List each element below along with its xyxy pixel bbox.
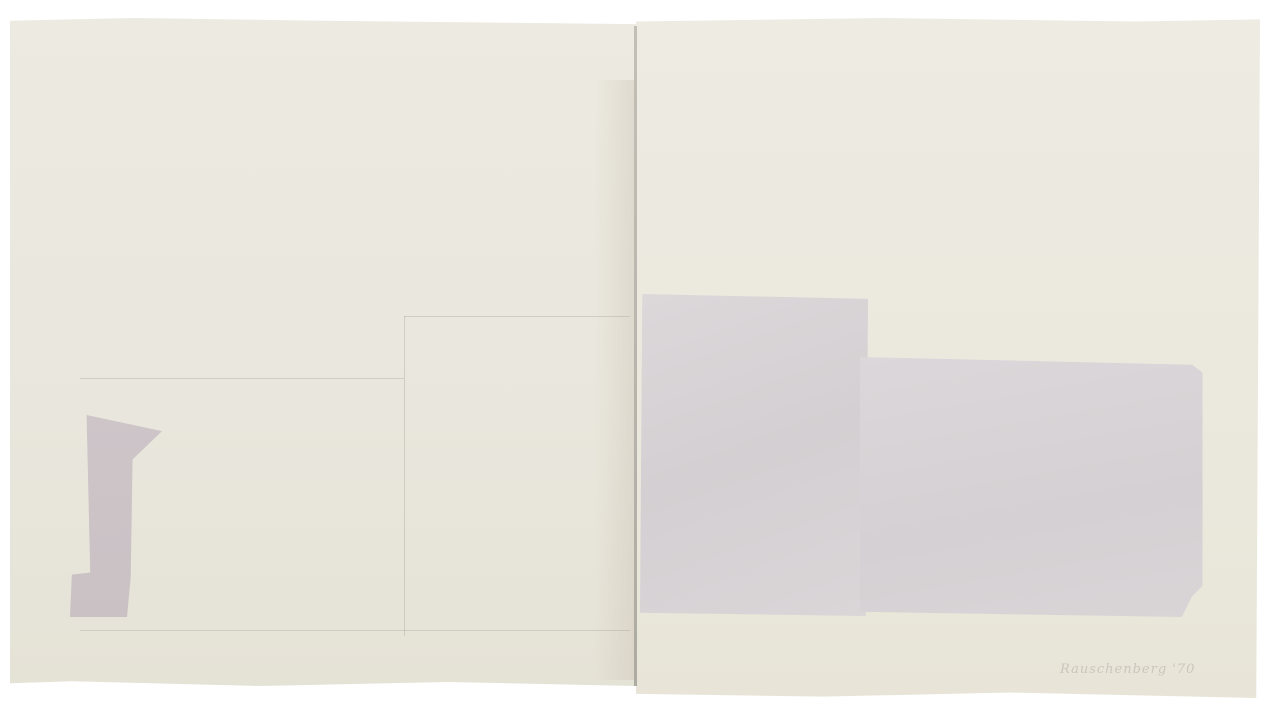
- artist-signature: Rauschenberg '70: [1060, 662, 1195, 677]
- pencil-guideline: [404, 316, 630, 317]
- center-fold-line: [634, 26, 637, 686]
- pencil-guideline: [80, 630, 630, 631]
- pencil-guideline: [404, 316, 405, 636]
- fold-stain: [594, 80, 634, 680]
- collage-piece-wide: [860, 357, 1206, 617]
- collage-piece-tall: [640, 294, 868, 616]
- pencil-guideline: [80, 378, 404, 379]
